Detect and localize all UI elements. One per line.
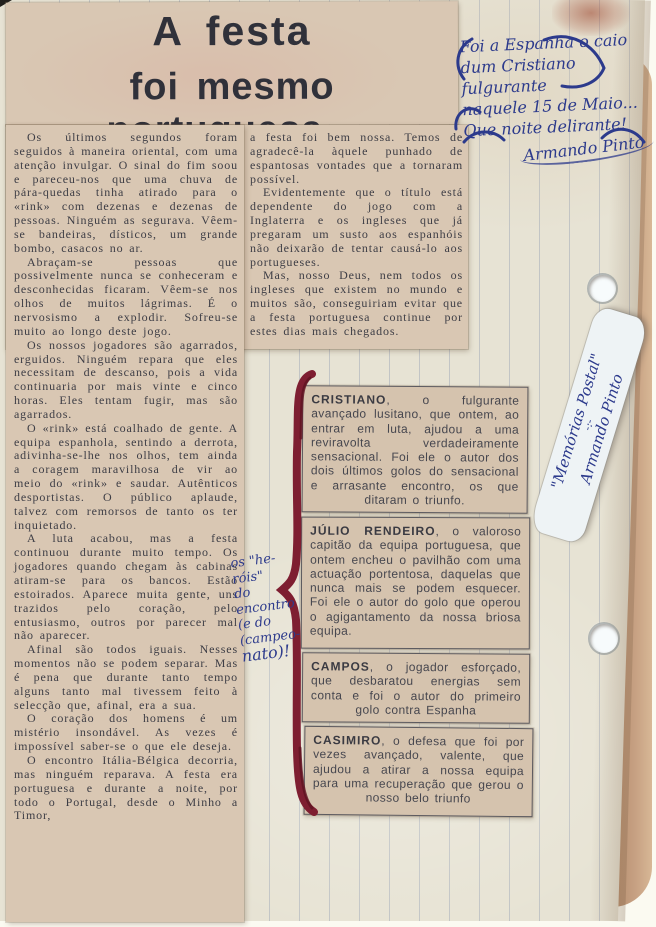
article-paragraph: Os últimos segundos foram seguidos à man… [14, 131, 238, 256]
player-text: , o fulgurante avançado lusitano, que on… [311, 393, 520, 508]
handwritten-side-note: os "he- róis" do encontro (e do (campeo-… [230, 548, 311, 664]
scrapbook-scan: { "headline": { "line1": "A festa", "lin… [0, 0, 656, 927]
player-box-cristiano: CRISTIANO, o fulgurante avançado lusitan… [302, 385, 529, 514]
article-paragraph: A luta acabou, mas a festa continuou dur… [14, 532, 238, 643]
punch-hole [589, 275, 616, 302]
article-column-2: a festa foi bem nossa. Temos de agradecê… [250, 131, 463, 339]
article-paragraph: Mas, nosso Deus, nem todos os ingleses q… [250, 269, 463, 338]
article-paragraph: O encontro Itália-Bélgica decorria, mas … [14, 754, 238, 823]
pen-flourish-icon [462, 126, 506, 148]
pen-flourish-icon [540, 32, 610, 94]
newspaper-title-clipping: A festa foi mesmo portuguesa... [6, 1, 458, 126]
article-paragraph: a festa foi bem nossa. Temos de agradecê… [250, 131, 463, 186]
article-paragraph: O «rink» está coalhado de gente. A equip… [14, 422, 238, 533]
article-paragraph: Evidentemente que o título está dependen… [250, 186, 463, 269]
punch-hole [590, 624, 618, 653]
player-name: CRISTIANO [311, 392, 386, 407]
player-name: CASIMIRO [313, 733, 381, 748]
pen-flourish-icon [600, 124, 646, 150]
article-paragraph: O coração dos homens é um mistério inson… [14, 712, 238, 754]
player-box-campos: CAMPOS, o jogador esforçado, que desbara… [302, 652, 530, 724]
pen-flourish-icon [450, 36, 476, 82]
article-paragraph: Abraçam-se pessoas que possivelmente nun… [14, 256, 238, 339]
article-paragraph: Os nossos jogadores são agarrados, ergui… [14, 339, 238, 422]
player-box-julio-rendeiro: JÚLIO RENDEIRO, o valoroso capitão da eq… [301, 517, 530, 650]
player-box-casimiro: CASIMIRO, o defesa que foi por vezes ava… [304, 726, 534, 817]
headline-line1: A festa [6, 7, 458, 56]
article-column-1: Os últimos segundos foram seguidos à man… [14, 131, 238, 823]
player-text: , o valoroso capitão da equipa portugues… [310, 524, 521, 638]
player-name: JÚLIO RENDEIRO [310, 524, 435, 538]
article-paragraph: Afinal são todos iguais. Nesses momentos… [14, 643, 238, 712]
